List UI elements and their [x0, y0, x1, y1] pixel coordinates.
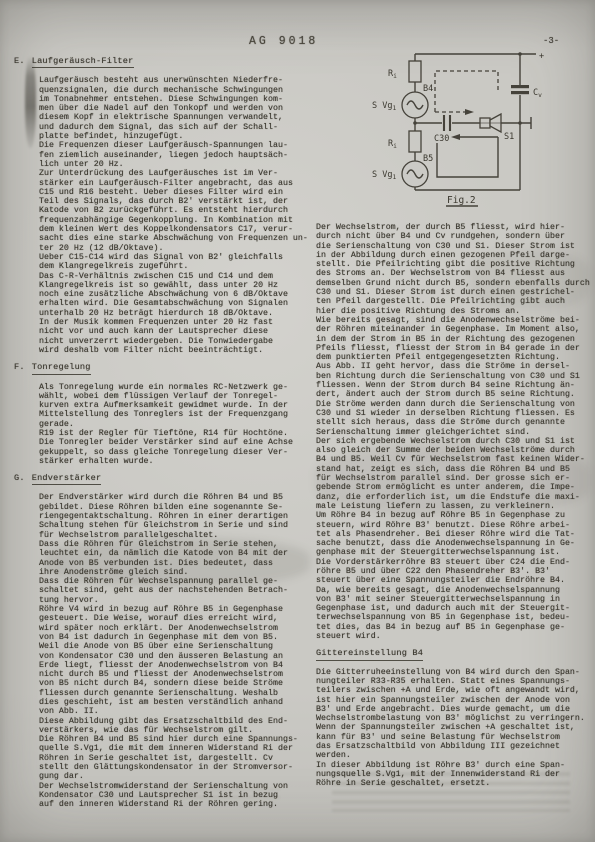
figure-label-b4: B4 [423, 84, 433, 94]
document-page: AG 9018 -3- E. Laufgeräusch-Filter Laufg… [0, 0, 595, 842]
capacitor-cv-plate [511, 85, 529, 88]
right-column: Der Wechselstrom, der durch B5 fliesst, … [316, 223, 595, 789]
section-letter: G. [14, 474, 25, 485]
junction-dot [413, 121, 417, 125]
section-letter: E. [14, 57, 25, 68]
figure-label-cv: Cv [533, 88, 542, 99]
resistor-ri-bottom [409, 131, 421, 152]
right-body-2: Die Gitterruheeinstellung von B4 wird du… [316, 668, 595, 789]
figure-label-b5: B5 [423, 154, 433, 164]
junction-dot [518, 52, 522, 56]
resistor-ri-top [409, 61, 421, 82]
figure-label-plus: + [539, 52, 544, 62]
figure-caption: Fig.2 [447, 195, 476, 206]
figure-label-c30: C30 [434, 134, 449, 144]
section-title: Tonregelung [32, 363, 91, 374]
section-heading-f: F. Tonregelung [14, 363, 314, 374]
junction-dot [518, 121, 522, 125]
section-heading-g: G. Endverstärker [14, 474, 314, 485]
section-body-g: Der Endverstärker wird durch die Röhren … [39, 493, 314, 809]
wire-middle [415, 117, 531, 129]
section-title: Laufgeräusch-Filter [32, 57, 134, 68]
speaker-s1-cone [490, 114, 501, 132]
current-path-dashed [435, 71, 498, 112]
capacitor-cv-plate [511, 91, 529, 94]
section-letter: F. [14, 363, 25, 374]
arrow-left-icon [451, 134, 460, 140]
left-column: E. Laufgeräusch-Filter Laufgeräusch best… [14, 57, 314, 810]
section-body-f: Als Tonregelung wurde ein normales RC-Ne… [39, 383, 314, 467]
doc-code: AG 9018 [249, 35, 318, 48]
figure-label-svg1-bottom: S Vg1 [372, 170, 396, 181]
figure-label-s1: S1 [504, 132, 514, 142]
section-body-e: Laufgeräusch besteht aus unerwünschten N… [39, 76, 314, 355]
circuit-figure: + Ri B4 S Vg1 Ri B5 S Vg1 Cv C30 S1 Fig.… [330, 40, 590, 215]
right-body-1: Der Wechselstrom, der durch B5 fliesst, … [316, 223, 595, 641]
capacitor-c30 [444, 115, 450, 131]
figure-label-svg1-top: S Vg1 [372, 101, 396, 112]
section-title: Endverstärker [32, 474, 102, 485]
section-heading-e: E. Laufgeräusch-Filter [14, 57, 314, 68]
subheading-gittereinstellung: Gittereinstellung B4 [316, 649, 423, 660]
speaker-s1-body [480, 118, 490, 128]
figure-label-ri-top: Ri [388, 69, 397, 80]
figure-label-ri-bottom: Ri [388, 139, 397, 150]
arrow-right-icon [465, 109, 474, 115]
